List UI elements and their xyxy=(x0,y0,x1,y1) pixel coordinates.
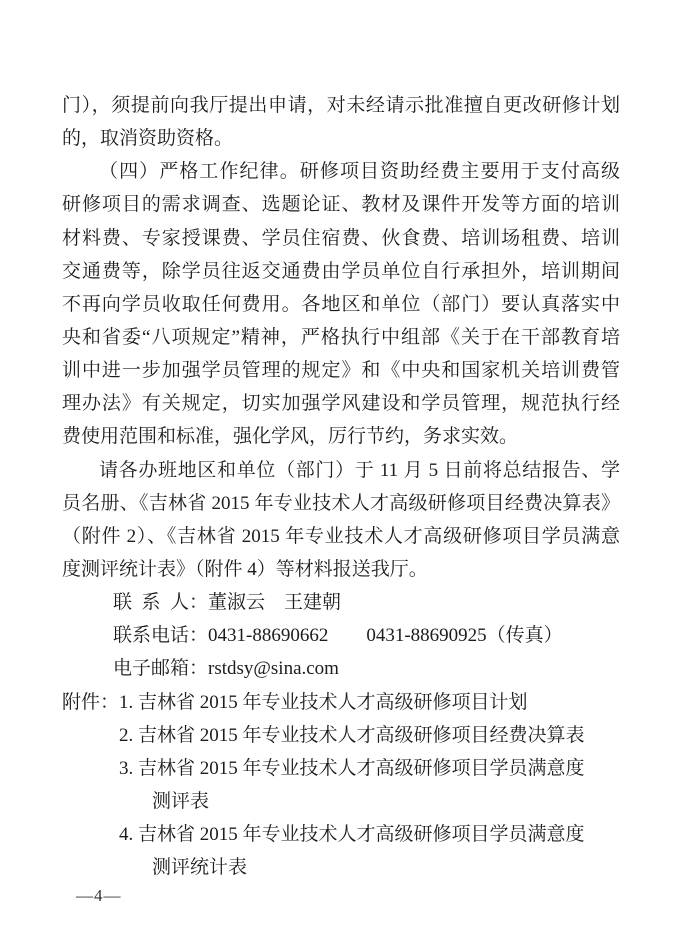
text-line: 3. 吉林省 2015 年专业技术人才高级研修项目学员满意度 xyxy=(62,752,620,785)
text-line: 电子邮箱：rstdsy@sina.com xyxy=(62,652,620,685)
text-line: 材料费、专家授课费、学员住宿费、伙食费、培训场租费、培训 xyxy=(62,222,620,255)
document-body: 门），须提前向我厅提出申请，对未经请示批准擅自更改研修计划的，取消资助资格。（四… xyxy=(62,89,620,884)
text-line: （四）严格工作纪律。研修项目资助经费主要用于支付高级 xyxy=(62,155,620,188)
text-line: 不再向学员收取任何费用。各地区和单位（部门）要认真落实中 xyxy=(62,288,620,321)
text-line: （附件 2）、《吉林省 2015 年专业技术人才高级研修项目学员满意 xyxy=(62,520,620,553)
text-line: 研修项目的需求调查、选题论证、教材及课件开发等方面的培训 xyxy=(62,188,620,221)
text-line: 央和省委“八项规定”精神，严格执行中组部《关于在干部教育培 xyxy=(62,321,620,354)
text-line: 请各办班地区和单位（部门）于 11 月 5 日前将总结报告、学 xyxy=(62,454,620,487)
text-line: 交通费等，除学员往返交通费由学员单位自行承担外，培训期间 xyxy=(62,255,620,288)
page-number: —4— xyxy=(76,886,122,906)
text-line: 测评表 xyxy=(62,785,620,818)
text-line: 附件：1. 吉林省 2015 年专业技术人才高级研修项目计划 xyxy=(62,686,620,719)
text-line: 费使用范围和标准，强化学风，厉行节约，务求实效。 xyxy=(62,420,620,453)
text-line: 员名册、《吉林省 2015 年专业技术人才高级研修项目经费决算表》 xyxy=(62,487,620,520)
text-line: 2. 吉林省 2015 年专业技术人才高级研修项目经费决算表 xyxy=(62,719,620,752)
text-line: 门），须提前向我厅提出申请，对未经请示批准擅自更改研修计划 xyxy=(62,89,620,122)
text-line: 度测评统计表》（附件 4）等材料报送我厅。 xyxy=(62,553,620,586)
text-line: 理办法》有关规定，切实加强学风建设和学员管理，规范执行经 xyxy=(62,387,620,420)
text-line: 测评统计表 xyxy=(62,851,620,884)
text-line: 联系电话：0431-88690662 0431-88690925（传真） xyxy=(62,619,620,652)
document-page: 门），须提前向我厅提出申请，对未经请示批准擅自更改研修计划的，取消资助资格。（四… xyxy=(0,0,677,946)
text-line: 联 系 人：董淑云 王建朝 xyxy=(62,586,620,619)
text-line: 训中进一步加强学员管理的规定》和《中央和国家机关培训费管 xyxy=(62,354,620,387)
text-line: 的，取消资助资格。 xyxy=(62,122,620,155)
text-line: 4. 吉林省 2015 年专业技术人才高级研修项目学员满意度 xyxy=(62,818,620,851)
